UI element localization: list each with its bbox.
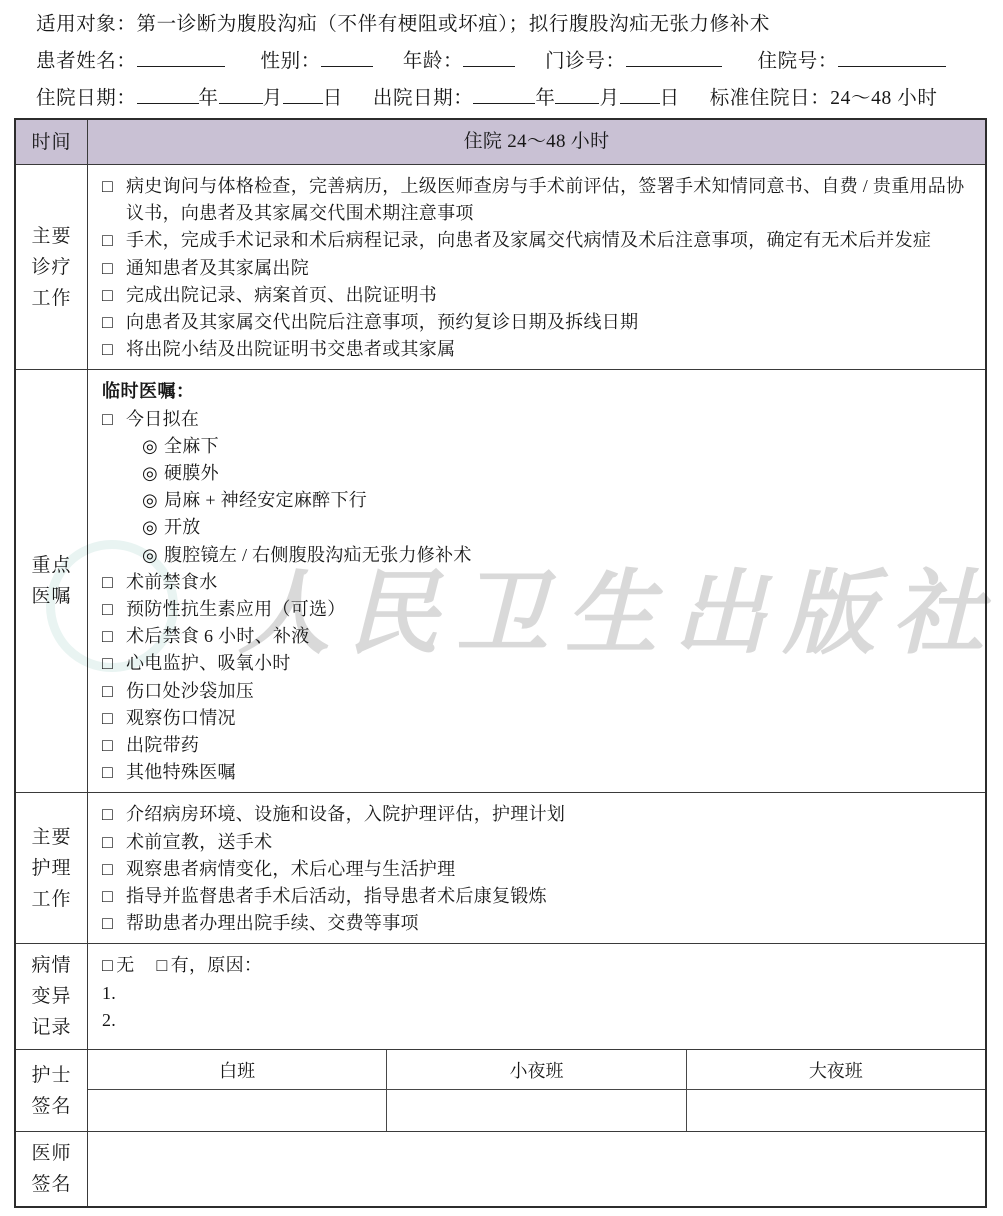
order-option-item: ◎硬膜外 bbox=[142, 460, 972, 487]
item-text: 术后禁食 6 小时、补液 bbox=[126, 623, 972, 650]
label-line: 签名 bbox=[31, 1169, 71, 1200]
item-text: 手术，完成手术记录和术后病程记录，向患者及家属交代病情及术后注意事项，确定有无术… bbox=[126, 227, 972, 254]
checklist-item: □术前宣教，送手术 bbox=[102, 829, 972, 856]
label-line: 主要 bbox=[31, 822, 71, 853]
item-text: 术前禁食水 bbox=[126, 569, 972, 596]
shift-column-header: 白班 bbox=[88, 1050, 386, 1089]
nurse-signature-cell[interactable] bbox=[686, 1090, 985, 1131]
stay-period-header: 住院 24～48 小时 bbox=[88, 120, 985, 164]
item-text: 向患者及其家属交代出院后注意事项，预约复诊日期及拆线日期 bbox=[126, 309, 972, 336]
checklist-item: □通知患者及其家属出院 bbox=[102, 255, 972, 282]
label-line: 重点 bbox=[31, 550, 71, 581]
dates-line: 住院日期：年月日出院日期：年月日标准住院日：24～48 小时 bbox=[36, 80, 988, 117]
item-text: 帮助患者办理出院手续、交费等事项 bbox=[126, 910, 972, 937]
order-option-item: ◎腹腔镜左 / 右侧腹股沟疝无张力修补术 bbox=[142, 542, 972, 569]
age-blank[interactable] bbox=[463, 52, 515, 67]
option-circle-icon[interactable]: ◎ bbox=[142, 460, 164, 487]
key-orders-items: 临时医嘱： □今日拟在◎全麻下◎硬膜外◎局麻 + 神经安定麻醉下行◎开放◎腹腔镜… bbox=[88, 370, 985, 792]
time-column-header: 时间 bbox=[16, 120, 88, 164]
item-text: 心电监护、吸氧小时 bbox=[126, 650, 972, 677]
item-text: 开放 bbox=[164, 514, 972, 541]
order-option-item: ◎全麻下 bbox=[142, 433, 972, 460]
discharge-day-suffix-label: 日 bbox=[660, 88, 680, 109]
shift-header-row: 白班小夜班大夜班 bbox=[88, 1050, 985, 1090]
option-circle-icon[interactable]: ◎ bbox=[142, 514, 164, 541]
item-text: 硬膜外 bbox=[164, 460, 972, 487]
checkbox-icon[interactable]: □ bbox=[102, 883, 126, 910]
item-text: 将出院小结及出院证明书交患者或其家属 bbox=[126, 336, 972, 363]
checklist-item: □指导并监督患者手术后活动，指导患者术后康复锻炼 bbox=[102, 883, 972, 910]
variation-record-label: 病情变异记录 bbox=[16, 944, 88, 1049]
main-treatment-label: 主要诊疗工作 bbox=[16, 165, 88, 369]
patient-name-label: 患者姓名： bbox=[36, 51, 137, 72]
checkbox-icon[interactable]: □ bbox=[102, 829, 126, 856]
checkbox-icon[interactable]: □ bbox=[102, 596, 126, 623]
checklist-item: □出院带药 bbox=[102, 732, 972, 759]
checkbox-icon[interactable]: □ bbox=[102, 856, 126, 883]
discharge-day-label: 月 bbox=[599, 88, 619, 109]
checkbox-icon[interactable]: □ bbox=[102, 910, 126, 937]
patient-info-line: 患者姓名：性别：年龄：门诊号：住院号： bbox=[36, 43, 988, 80]
item-text: 病史询问与体格检查，完善病历，上级医师查房与手术前评估，签署手术知情同意书、自费… bbox=[126, 173, 972, 227]
admission-day-blank[interactable] bbox=[283, 89, 323, 104]
item-text: 其他特殊医嘱 bbox=[126, 759, 972, 786]
table-header-row: 时间 住院 24～48 小时 bbox=[16, 120, 985, 164]
checkbox-icon[interactable]: □ bbox=[102, 282, 126, 309]
checkbox-icon[interactable]: □ bbox=[102, 227, 126, 254]
discharge-year-label: 出院日期： bbox=[373, 88, 474, 109]
patient-name-blank[interactable] bbox=[137, 52, 225, 67]
temporary-orders-list: □今日拟在◎全麻下◎硬膜外◎局麻 + 神经安定麻醉下行◎开放◎腹腔镜左 / 右侧… bbox=[102, 406, 972, 787]
admission-year-label: 住院日期： bbox=[36, 88, 137, 109]
checkbox-icon[interactable]: □ bbox=[102, 955, 113, 975]
shift-signature-row bbox=[88, 1090, 985, 1131]
gender-blank[interactable] bbox=[321, 52, 373, 67]
label-line: 病情 bbox=[31, 950, 71, 981]
checklist-item: 2. bbox=[102, 1007, 972, 1034]
checkbox-icon[interactable]: □ bbox=[102, 309, 126, 336]
checkbox-icon[interactable]: □ bbox=[102, 705, 126, 732]
checklist-item: 1. bbox=[102, 980, 972, 1007]
label-line: 医嘱 bbox=[31, 581, 71, 612]
standard-stay-label: 标准住院日：24～48 小时 bbox=[710, 88, 938, 109]
checklist-item: □介绍病房环境、设施和设备，入院护理评估，护理计划 bbox=[102, 801, 972, 828]
variation-yes-label: 有，原因： bbox=[171, 955, 263, 975]
main-treatment-items: □病史询问与体格检查，完善病历，上级医师查房与手术前评估，签署手术知情同意书、自… bbox=[88, 165, 985, 369]
admission-day-label: 月 bbox=[263, 88, 283, 109]
checklist-item: □观察伤口情况 bbox=[102, 705, 972, 732]
checklist-item: □伤口处沙袋加压 bbox=[102, 678, 972, 705]
inpatient-number-label: 住院号： bbox=[758, 51, 838, 72]
doctor-signature-cell[interactable] bbox=[88, 1132, 985, 1206]
label-line: 主要 bbox=[31, 221, 71, 252]
discharge-day-blank[interactable] bbox=[620, 89, 660, 104]
item-text: 出院带药 bbox=[126, 732, 972, 759]
checklist-item: □心电监护、吸氧小时 bbox=[102, 650, 972, 677]
item-text: 1. bbox=[102, 980, 972, 1007]
label-line: 护理 bbox=[31, 853, 71, 884]
option-circle-icon[interactable]: ◎ bbox=[142, 487, 164, 514]
label-line: 变异 bbox=[31, 981, 71, 1012]
checklist-item: □其他特殊医嘱 bbox=[102, 759, 972, 786]
doctor-signature-row: 医师签名 bbox=[16, 1131, 985, 1206]
key-orders-row: 重点医嘱 临时医嘱： □今日拟在◎全麻下◎硬膜外◎局麻 + 神经安定麻醉下行◎开… bbox=[16, 369, 985, 792]
discharge-month-blank[interactable] bbox=[555, 89, 599, 104]
label-line: 诊疗 bbox=[31, 252, 71, 283]
main-treatment-row: 主要诊疗工作 □病史询问与体格检查，完善病历，上级医师查房与手术前评估，签署手术… bbox=[16, 164, 985, 369]
label-line: 记录 bbox=[31, 1012, 71, 1043]
document-header: 适用对象：第一诊断为腹股沟疝（不伴有梗阻或坏疽）；拟行腹股沟疝无张力修补术 患者… bbox=[36, 6, 988, 117]
item-text: 通知患者及其家属出院 bbox=[126, 255, 972, 282]
checkbox-icon[interactable]: □ bbox=[102, 801, 126, 828]
checklist-item: □将出院小结及出院证明书交患者或其家属 bbox=[102, 336, 972, 363]
checkbox-icon[interactable]: □ bbox=[102, 732, 126, 759]
inpatient-number-blank[interactable] bbox=[838, 52, 946, 67]
clinical-pathway-table: 时间 住院 24～48 小时 主要诊疗工作 □病史询问与体格检查，完善病历，上级… bbox=[14, 118, 987, 1208]
order-option-item: ◎开放 bbox=[142, 514, 972, 541]
option-circle-icon[interactable]: ◎ bbox=[142, 542, 164, 569]
item-text: 术前宣教，送手术 bbox=[126, 829, 972, 856]
checklist-item: □术后禁食 6 小时、补液 bbox=[102, 623, 972, 650]
main-nursing-items: □介绍病房环境、设施和设备，入院护理评估，护理计划□术前宣教，送手术□观察患者病… bbox=[88, 793, 985, 943]
variation-record-row: 病情变异记录 □无□有，原因： 1.2. bbox=[16, 943, 985, 1049]
checklist-item: □术前禁食水 bbox=[102, 569, 972, 596]
admission-day-suffix-label: 日 bbox=[323, 88, 343, 109]
item-text: 2. bbox=[102, 1007, 972, 1034]
checklist-item: □病史询问与体格检查，完善病历，上级医师查房与手术前评估，签署手术知情同意书、自… bbox=[102, 173, 972, 227]
nurse-signature-row: 护士签名 白班小夜班大夜班 bbox=[16, 1049, 985, 1131]
checkbox-icon[interactable]: □ bbox=[102, 650, 126, 677]
variation-reason-lines: 1.2. bbox=[102, 980, 972, 1034]
outpatient-number-label: 门诊号： bbox=[545, 51, 625, 72]
option-circle-icon[interactable]: ◎ bbox=[142, 433, 164, 460]
checkbox-icon[interactable]: □ bbox=[102, 569, 126, 596]
age-label: 年龄： bbox=[403, 51, 463, 72]
item-text: 观察伤口情况 bbox=[126, 705, 972, 732]
nurse-signature-area: 白班小夜班大夜班 bbox=[88, 1050, 985, 1131]
variation-choice-line: □无□有，原因： bbox=[102, 952, 972, 979]
nurse-signature-label: 护士签名 bbox=[16, 1050, 88, 1131]
checklist-item: □手术，完成手术记录和术后病程记录，向患者及家属交代病情及术后注意事项，确定有无… bbox=[102, 227, 972, 254]
checkbox-icon[interactable]: □ bbox=[157, 955, 168, 975]
checklist-item: □观察患者病情变化，术后心理与生活护理 bbox=[102, 856, 972, 883]
gender-label: 性别： bbox=[261, 51, 321, 72]
label-line: 工作 bbox=[31, 884, 71, 915]
nurse-signature-cell[interactable] bbox=[88, 1090, 386, 1131]
item-text: 伤口处沙袋加压 bbox=[126, 678, 972, 705]
item-text: 局麻 + 神经安定麻醉下行 bbox=[164, 487, 972, 514]
applicable-target-line: 适用对象：第一诊断为腹股沟疝（不伴有梗阻或坏疽）；拟行腹股沟疝无张力修补术 bbox=[36, 6, 988, 43]
label-line: 工作 bbox=[31, 283, 71, 314]
temporary-orders-heading: 临时医嘱： bbox=[102, 378, 972, 405]
label-line: 签名 bbox=[31, 1091, 71, 1122]
checkbox-icon[interactable]: □ bbox=[102, 173, 126, 227]
key-orders-label: 重点医嘱 bbox=[16, 370, 88, 792]
item-text: 完成出院记录、病案首页、出院证明书 bbox=[126, 282, 972, 309]
checklist-item: □预防性抗生素应用（可选） bbox=[102, 596, 972, 623]
checklist-item: □帮助患者办理出院手续、交费等事项 bbox=[102, 910, 972, 937]
item-text: 观察患者病情变化，术后心理与生活护理 bbox=[126, 856, 972, 883]
discharge-year-blank[interactable] bbox=[473, 89, 535, 104]
label-line: 医师 bbox=[31, 1138, 71, 1169]
order-option-item: ◎局麻 + 神经安定麻醉下行 bbox=[142, 487, 972, 514]
admission-month-blank[interactable] bbox=[219, 89, 263, 104]
item-text: 今日拟在 bbox=[126, 406, 972, 433]
variation-none-label: 无 bbox=[116, 955, 134, 975]
checkbox-icon[interactable]: □ bbox=[102, 336, 126, 363]
item-text: 全麻下 bbox=[164, 433, 972, 460]
checkbox-icon[interactable]: □ bbox=[102, 255, 126, 282]
item-text: 腹腔镜左 / 右侧腹股沟疝无张力修补术 bbox=[164, 542, 972, 569]
checklist-item: □完成出院记录、病案首页、出院证明书 bbox=[102, 282, 972, 309]
outpatient-number-blank[interactable] bbox=[626, 52, 722, 67]
checkbox-icon[interactable]: □ bbox=[102, 623, 126, 650]
item-text: 介绍病房环境、设施和设备，入院护理评估，护理计划 bbox=[126, 801, 972, 828]
shift-column-header: 大夜班 bbox=[686, 1050, 985, 1089]
item-text: 指导并监督患者手术后活动，指导患者术后康复锻炼 bbox=[126, 883, 972, 910]
nurse-signature-cell[interactable] bbox=[386, 1090, 685, 1131]
doctor-signature-label: 医师签名 bbox=[16, 1132, 88, 1206]
variation-record-content: □无□有，原因： 1.2. bbox=[88, 944, 985, 1049]
admission-month-label: 年 bbox=[199, 88, 219, 109]
main-nursing-row: 主要护理工作 □介绍病房环境、设施和设备，入院护理评估，护理计划□术前宣教，送手… bbox=[16, 792, 985, 943]
admission-year-blank[interactable] bbox=[137, 89, 199, 104]
checklist-item: □今日拟在 bbox=[102, 406, 972, 433]
checkbox-icon[interactable]: □ bbox=[102, 759, 126, 786]
checkbox-icon[interactable]: □ bbox=[102, 406, 126, 433]
item-text: 预防性抗生素应用（可选） bbox=[126, 596, 972, 623]
label-line: 护士 bbox=[31, 1060, 71, 1091]
shift-column-header: 小夜班 bbox=[386, 1050, 685, 1089]
checklist-item: □向患者及其家属交代出院后注意事项，预约复诊日期及拆线日期 bbox=[102, 309, 972, 336]
main-nursing-label: 主要护理工作 bbox=[16, 793, 88, 943]
checkbox-icon[interactable]: □ bbox=[102, 678, 126, 705]
discharge-month-label: 年 bbox=[535, 88, 555, 109]
